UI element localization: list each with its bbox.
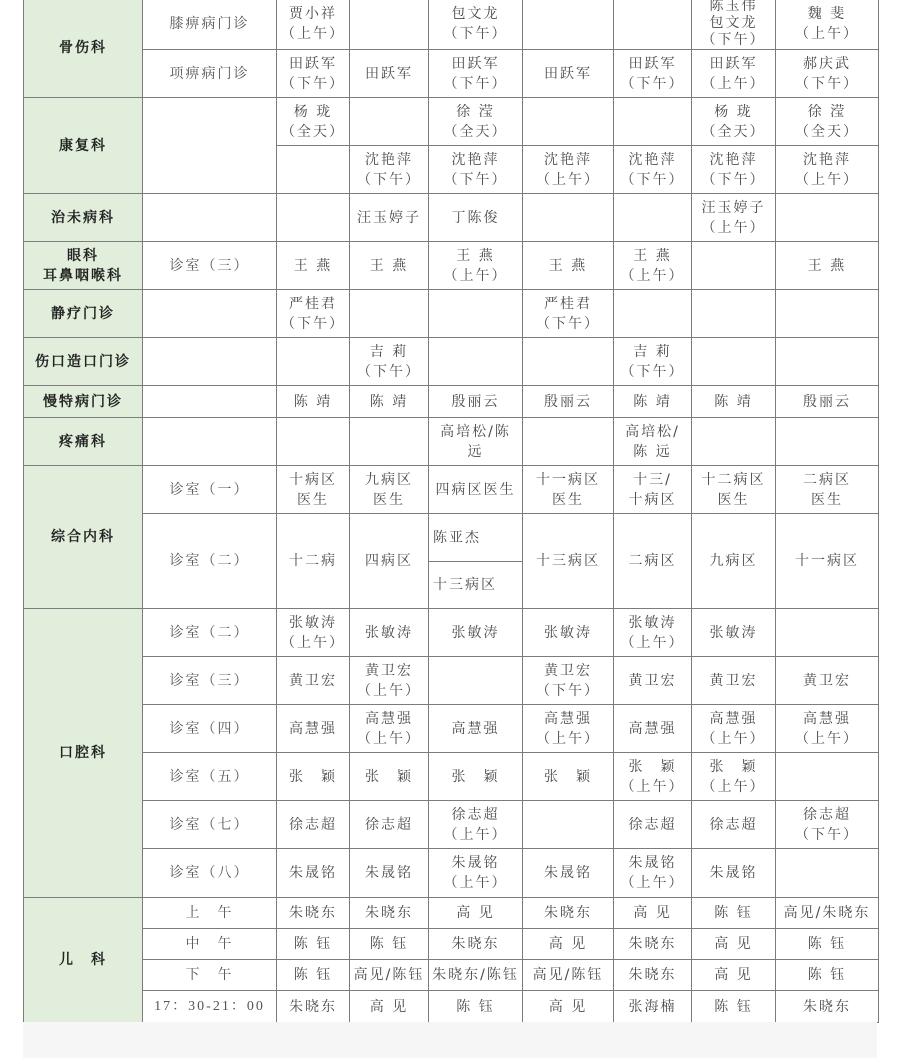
doctor-name: 高慧强 [692,709,775,729]
doctor-name: 王 燕 [429,246,522,266]
doctor-name: 王 燕 [523,256,613,276]
doctor-name: 二病区 [776,470,878,490]
schedule-cell: 十一病区 [776,514,879,609]
department-cell: 骨伤科 [24,0,143,98]
doctor-name: 高 见 [429,903,522,923]
schedule-cell: 高慧强（上午） [523,705,614,753]
schedule-cell: 田跃军（下午） [277,50,350,98]
doctor-name: 陈 钰 [776,965,878,985]
schedule-cell: 沈艳萍（下午） [429,146,523,194]
doctor-name: 殷丽云 [523,392,613,412]
department-label: 儿 科 [24,950,142,970]
schedule-cell: 高慧强 [614,705,692,753]
schedule-cell: 高培松/陈 远 [614,418,692,466]
doctor-name: 陈 钰 [277,934,349,954]
room-cell: 项痹病门诊 [143,50,277,98]
room-cell [143,98,277,194]
room-cell [143,338,277,386]
schedule-cell: 高慧强（上午） [350,705,429,753]
schedule-cell: 杨 珑（全天） [692,98,776,146]
doctor-name: 十病区 [614,490,691,510]
schedule-cell [523,194,614,242]
table-row: 疼痛科高培松/陈远高培松/陈 远 [24,418,879,466]
schedule-cell: 陈 靖 [692,386,776,418]
doctor-name: 四病区 [350,551,428,571]
schedule-cell: 朱晓东 [277,991,350,1023]
doctor-name: 魏 斐 [776,4,878,24]
table-row: 康复科杨 珑（全天）徐 滢（全天）杨 珑（全天）徐 滢（全天） [24,98,879,146]
schedule-cell [523,98,614,146]
time-slot-label: （下午） [614,170,691,190]
doctor-name: 高慧强 [350,709,428,729]
table-row: 骨伤科膝痹病门诊贾小祥（上午）包文龙（下午）陈玉伟包文龙（下午）魏 斐（上午） [24,0,879,50]
schedule-cell: 陈玉伟包文龙（下午） [692,0,776,50]
schedule-cell: 高慧强 [277,705,350,753]
schedule-cell: 朱晟铭 [692,849,776,898]
schedule-cell: 高 见 [350,991,429,1023]
schedule-cell: 黄卫宏 [277,657,350,705]
schedule-cell: 汪玉婷子（上午） [692,194,776,242]
schedule-cell [692,290,776,338]
doctor-name: 高 见 [523,997,613,1017]
time-slot-label: （下午） [776,825,878,845]
doctor-name: 黄卫宏 [523,661,613,681]
doctor-name: 田跃军 [429,54,522,74]
time-slot-label: （上午） [614,266,691,286]
schedule-cell: 陈 靖 [277,386,350,418]
table-row: 诊室（三）黄卫宏黄卫宏（上午）黄卫宏（下午）黄卫宏黄卫宏黄卫宏 [24,657,879,705]
doctor-name: 田跃军 [692,54,775,74]
schedule-cell [523,0,614,50]
doctor-name: 十一病区 [523,470,613,490]
department-label: 综合内科 [24,527,142,547]
doctor-name: 朱晟铭 [429,853,522,873]
doctor-name: 徐 滢 [429,102,522,122]
time-slot-label: （下午） [350,170,428,190]
schedule-cell: 王 燕 [523,242,614,290]
department-label: 耳鼻咽喉科 [24,266,142,286]
time-slot-label: （下午） [429,170,522,190]
schedule-cell: 陈 钰 [277,960,350,991]
doctor-name: 朱晟铭 [523,863,613,883]
doctor-name: 陈 钰 [350,934,428,954]
doctor-name: 朱晓东 [614,965,691,985]
doctor-name: 高慧强 [614,719,691,739]
doctor-name: 贾小祥 [277,4,349,24]
doctor-name: 陈 钰 [776,934,878,954]
schedule-cell: 高 见 [523,929,614,960]
doctor-name: 张海楠 [614,997,691,1017]
schedule-cell: 徐志超（上午） [429,801,523,849]
schedule-cell: 王 燕 [776,242,879,290]
schedule-cell: 沈艳萍（下午） [692,146,776,194]
schedule-cell: 张 颖（上午） [614,753,692,801]
doctor-name: 汪玉婷子 [350,208,428,228]
doctor-name: 医生 [350,490,428,510]
schedule-cell [277,146,350,194]
schedule-cell: 高 见 [429,898,523,929]
schedule-cell: 徐志超 [277,801,350,849]
schedule-cell [523,418,614,466]
doctor-name: 严桂君 [277,294,349,314]
schedule-cell: 朱晓东 [350,898,429,929]
schedule-cell: 黄卫宏 [776,657,879,705]
schedule-cell [429,657,523,705]
doctor-name: 张 颖 [614,757,691,777]
schedule-cell [614,290,692,338]
schedule-cell [776,194,879,242]
doctor-name: 王 燕 [614,246,691,266]
table-row: 诊室（四）高慧强高慧强（上午）高慧强高慧强（上午）高慧强高慧强（上午）高慧强（上… [24,705,879,753]
doctor-name: 陈 靖 [350,392,428,412]
doctor-name: 朱晟铭 [692,863,775,883]
doctor-name: 沈艳萍 [350,150,428,170]
schedule-cell: 陈 钰 [429,991,523,1023]
schedule-cell: 高 见 [614,898,692,929]
schedule-cell: 王 燕 [277,242,350,290]
time-slot-label: （下午） [614,362,691,382]
doctor-name: 陈玉伟 [692,0,775,15]
room-cell: 诊室（八） [143,849,277,898]
schedule-cell: 十三/十病区 [614,466,692,514]
doctor-name: 殷丽云 [776,392,878,412]
department-label: 口腔科 [24,743,142,763]
doctor-name: 沈艳萍 [692,150,775,170]
table-row: 中 午陈 钰陈 钰朱晓东高 见朱晓东高 见陈 钰 [24,929,879,960]
doctor-name: 朱晓东 [277,997,349,1017]
table-row: 项痹病门诊田跃军（下午）田跃军田跃军（下午）田跃军田跃军（下午）田跃军（上午）郝… [24,50,879,98]
schedule-cell: 吉 莉（下午） [350,338,429,386]
room-cell: 诊室（七） [143,801,277,849]
doctor-name: 十二病区 [692,470,775,490]
schedule-cell: 高慧强 [429,705,523,753]
schedule-cell: 徐志超 [614,801,692,849]
doctor-name: 黄卫宏 [692,671,775,691]
schedule-cell: 张海楠 [614,991,692,1023]
doctor-name: 朱晓东 [523,903,613,923]
time-slot-label: （上午） [614,777,691,797]
schedule-cell: 黄卫宏（下午） [523,657,614,705]
schedule-cell [776,290,879,338]
department-cell: 儿 科 [24,898,143,1023]
doctor-name: 高慧强 [429,719,522,739]
clinic-schedule-table: 骨伤科膝痹病门诊贾小祥（上午）包文龙（下午）陈玉伟包文龙（下午）魏 斐（上午）项… [23,0,879,1023]
schedule-cell: 四病区 [350,514,429,609]
schedule-cell: 朱晟铭（上午） [614,849,692,898]
schedule-cell [277,418,350,466]
doctor-name: 陈 钰 [692,903,775,923]
schedule-cell: 朱晟铭 [523,849,614,898]
schedule-cell: 张 颖 [523,753,614,801]
schedule-cell: 朱晓东/陈钰 [429,960,523,991]
doctor-name: 王 燕 [277,256,349,276]
doctor-name: 张 颖 [523,767,613,787]
doctor-name: 田跃军 [614,54,691,74]
time-slot-label: （上午） [776,170,878,190]
doctor-name: 沈艳萍 [523,150,613,170]
time-slot-label: （全天） [692,122,775,142]
schedule-cell: 贾小祥（上午） [277,0,350,50]
doctor-name: 医生 [277,490,349,510]
schedule-cell [776,753,879,801]
doctor-name: 高 见 [692,934,775,954]
doctor-name: 陈 钰 [277,965,349,985]
schedule-cell: 十病区医生 [277,466,350,514]
split-cell-part: 十三病区 [429,562,522,608]
schedule-cell: 沈艳萍（下午） [614,146,692,194]
doctor-name: 徐志超 [277,815,349,835]
room-cell: 诊室（二） [143,609,277,657]
schedule-cell: 张敏涛 [523,609,614,657]
doctor-name: 田跃军 [277,54,349,74]
doctor-name: 高见/陈钰 [350,965,428,985]
table-row: 伤口造口门诊吉 莉（下午）吉 莉（下午） [24,338,879,386]
schedule-cell: 朱晟铭 [277,849,350,898]
table-row: 17：30-21：00朱晓东高 见陈 钰高 见张海楠陈 钰朱晓东 [24,991,879,1023]
time-slot-label: （下午） [429,24,522,44]
time-slot-label: （上午） [692,777,775,797]
doctor-name: 田跃军 [350,64,428,84]
doctor-name: 郝庆武 [776,54,878,74]
time-slot-label: （上午） [277,633,349,653]
doctor-name: 张 颖 [692,757,775,777]
doctor-name: 朱晓东 [277,903,349,923]
doctor-name: 丁陈俊 [429,208,522,228]
room-cell: 上 午 [143,898,277,929]
time-slot-label: （下午） [429,74,522,94]
schedule-cell: 高培松/陈远 [429,418,523,466]
schedule-cell: 张 颖 [429,753,523,801]
doctor-name: 医生 [776,490,878,510]
schedule-cell [776,418,879,466]
doctor-name: 十三病区 [523,551,613,571]
doctor-name: 四病区医生 [429,480,522,500]
schedule-cell: 田跃军（下午） [614,50,692,98]
doctor-name: 朱晓东 [350,903,428,923]
schedule-cell: 张敏涛（上午） [277,609,350,657]
room-cell: 中 午 [143,929,277,960]
doctor-name: 张 颖 [277,767,349,787]
schedule-cell: 徐志超 [350,801,429,849]
doctor-name: 陈 钰 [692,997,775,1017]
schedule-cell [277,194,350,242]
time-slot-label: （全天） [277,122,349,142]
schedule-cell [523,338,614,386]
schedule-cell: 张 颖 [350,753,429,801]
time-slot-label: （上午） [692,729,775,749]
schedule-cell [776,849,879,898]
schedule-cell: 朱晓东 [277,898,350,929]
schedule-cell: 二病区 [614,514,692,609]
schedule-cell: 陈 钰 [776,960,879,991]
doctor-name: 徐志超 [776,805,878,825]
schedule-cell: 高见/朱晓东 [776,898,879,929]
schedule-cell: 徐 滢（全天） [776,98,879,146]
doctor-name: 包文龙 [692,15,775,32]
department-cell: 伤口造口门诊 [24,338,143,386]
time-slot-label: （上午） [614,633,691,653]
doctor-name: 高培松/ [614,422,691,442]
room-cell [143,418,277,466]
doctor-name: 张敏涛 [523,623,613,643]
schedule-cell: 殷丽云 [523,386,614,418]
schedule-cell: 高慧强（上午） [692,705,776,753]
room-cell: 诊室（四） [143,705,277,753]
schedule-cell: 十二病区医生 [692,466,776,514]
department-cell: 慢特病门诊 [24,386,143,418]
doctor-name: 王 燕 [350,256,428,276]
room-cell: 诊室（二） [143,514,277,609]
time-slot-label: （上午） [776,24,878,44]
doctor-name: 高 见 [523,934,613,954]
schedule-cell [429,338,523,386]
split-cell-part: 陈亚杰 [429,515,522,562]
doctor-name: 杨 珑 [277,102,349,122]
table-row: 口腔科诊室（二）张敏涛（上午）张敏涛张敏涛张敏涛张敏涛（上午）张敏涛 [24,609,879,657]
doctor-name: 沈艳萍 [429,150,522,170]
doctor-name: 十病区 [277,470,349,490]
doctor-name: 高慧强 [776,709,878,729]
schedule-cell: 徐志超（下午） [776,801,879,849]
schedule-cell: 田跃军（上午） [692,50,776,98]
doctor-name: 朱晓东 [614,934,691,954]
doctor-name: 陈 靖 [277,392,349,412]
department-label: 眼科 [24,246,142,266]
doctor-name: 朱晓东/陈钰 [429,965,522,985]
schedule-cell: 张敏涛（上午） [614,609,692,657]
schedule-cell: 九病区医生 [350,466,429,514]
time-slot-label: （上午） [692,74,775,94]
doctor-name: 九病区 [692,551,775,571]
schedule-cell: 包文龙（下午） [429,0,523,50]
schedule-cell: 朱晓东 [776,991,879,1023]
schedule-cell: 陈 靖 [614,386,692,418]
time-slot-label: （下午） [692,170,775,190]
time-slot-label: （上午） [350,681,428,701]
schedule-cell: 陈亚杰十三病区 [429,514,523,609]
schedule-cell [350,290,429,338]
schedule-cell: 九病区 [692,514,776,609]
doctor-name: 黄卫宏 [277,671,349,691]
room-cell: 膝痹病门诊 [143,0,277,50]
schedule-cell: 朱晓东 [523,898,614,929]
schedule-cell: 十二病 [277,514,350,609]
schedule-cell: 黄卫宏（上午） [350,657,429,705]
time-slot-label: （下午） [277,74,349,94]
schedule-cell [350,98,429,146]
time-slot-label: （全天） [429,122,522,142]
table-row: 静疗门诊严桂君（下午）严桂君（下午） [24,290,879,338]
schedule-cell [614,0,692,50]
department-label: 康复科 [24,136,142,156]
schedule-cell: 张 颖 [277,753,350,801]
schedule-cell [692,338,776,386]
doctor-name: 吉 莉 [614,342,691,362]
schedule-cell: 十一病区医生 [523,466,614,514]
schedule-cell: 朱晟铭 [350,849,429,898]
schedule-cell: 汪玉婷子 [350,194,429,242]
schedule-cell: 陈 靖 [350,386,429,418]
schedule-cell: 吉 莉（下午） [614,338,692,386]
room-cell: 诊室（五） [143,753,277,801]
time-slot-label: （下午） [776,74,878,94]
schedule-cell: 陈 钰 [692,898,776,929]
time-slot-label: （上午） [523,170,613,190]
schedule-cell [614,98,692,146]
department-cell: 疼痛科 [24,418,143,466]
schedule-cell: 黄卫宏 [614,657,692,705]
schedule-cell: 杨 珑（全天） [277,98,350,146]
table-row: 诊室（八）朱晟铭朱晟铭朱晟铭（上午）朱晟铭朱晟铭（上午）朱晟铭 [24,849,879,898]
doctor-name: 朱晓东 [776,997,878,1017]
schedule-cell: 张 颖（上午） [692,753,776,801]
doctor-name: 田跃军 [523,64,613,84]
schedule-cell: 殷丽云 [776,386,879,418]
schedule-cell: 高见/陈钰 [523,960,614,991]
department-cell: 综合内科 [24,466,143,609]
schedule-cell: 魏 斐（上午） [776,0,879,50]
schedule-cell: 王 燕（上午） [614,242,692,290]
department-cell: 口腔科 [24,609,143,898]
doctor-name: 朱晟铭 [277,863,349,883]
schedule-cell: 沈艳萍（上午） [523,146,614,194]
doctor-name: 陈 靖 [614,392,691,412]
doctor-name: 徐志超 [429,805,522,825]
schedule-cell: 四病区医生 [429,466,523,514]
schedule-cell: 高见/陈钰 [350,960,429,991]
schedule-cell: 张敏涛 [350,609,429,657]
time-slot-label: （下午） [350,362,428,382]
doctor-name: 高见/陈钰 [523,965,613,985]
doctor-name: 汪玉婷子 [692,198,775,218]
schedule-cell: 严桂君（下午） [523,290,614,338]
doctor-name: 高培松/陈 [429,422,522,442]
doctor-name: 高慧强 [523,709,613,729]
doctor-name: 张 颖 [350,767,428,787]
schedule-cell: 陈 钰 [350,929,429,960]
schedule-cell: 二病区医生 [776,466,879,514]
time-slot-label: （上午） [429,266,522,286]
doctor-name: 高 见 [614,903,691,923]
doctor-name: 二病区 [614,551,691,571]
schedule-cell: 黄卫宏 [692,657,776,705]
doctor-name: 朱晟铭 [350,863,428,883]
doctor-name: 朱晟铭 [614,853,691,873]
schedule-cell: 高 见 [692,929,776,960]
doctor-name: 高 见 [692,965,775,985]
schedule-cell: 朱晟铭（上午） [429,849,523,898]
schedule-cell [429,290,523,338]
time-slot-label: （上午） [429,825,522,845]
department-label: 静疗门诊 [24,304,142,324]
schedule-cell [776,338,879,386]
doctor-name: 张敏涛 [350,623,428,643]
doctor-name: 十一病区 [776,551,878,571]
department-cell: 康复科 [24,98,143,194]
doctor-name: 高慧强 [277,719,349,739]
time-slot-label: （下午） [692,32,775,49]
page-bottom-margin [23,1022,877,1058]
doctor-name: 徐志超 [350,815,428,835]
schedule-cell: 陈 钰 [692,991,776,1023]
room-cell: 17：30-21：00 [143,991,277,1023]
schedule-cell: 高 见 [692,960,776,991]
schedule-cell [692,242,776,290]
table-row: 治未病科汪玉婷子丁陈俊汪玉婷子（上午） [24,194,879,242]
doctor-name: 张敏涛 [692,623,775,643]
schedule-cell [350,418,429,466]
doctor-name: 黄卫宏 [350,661,428,681]
